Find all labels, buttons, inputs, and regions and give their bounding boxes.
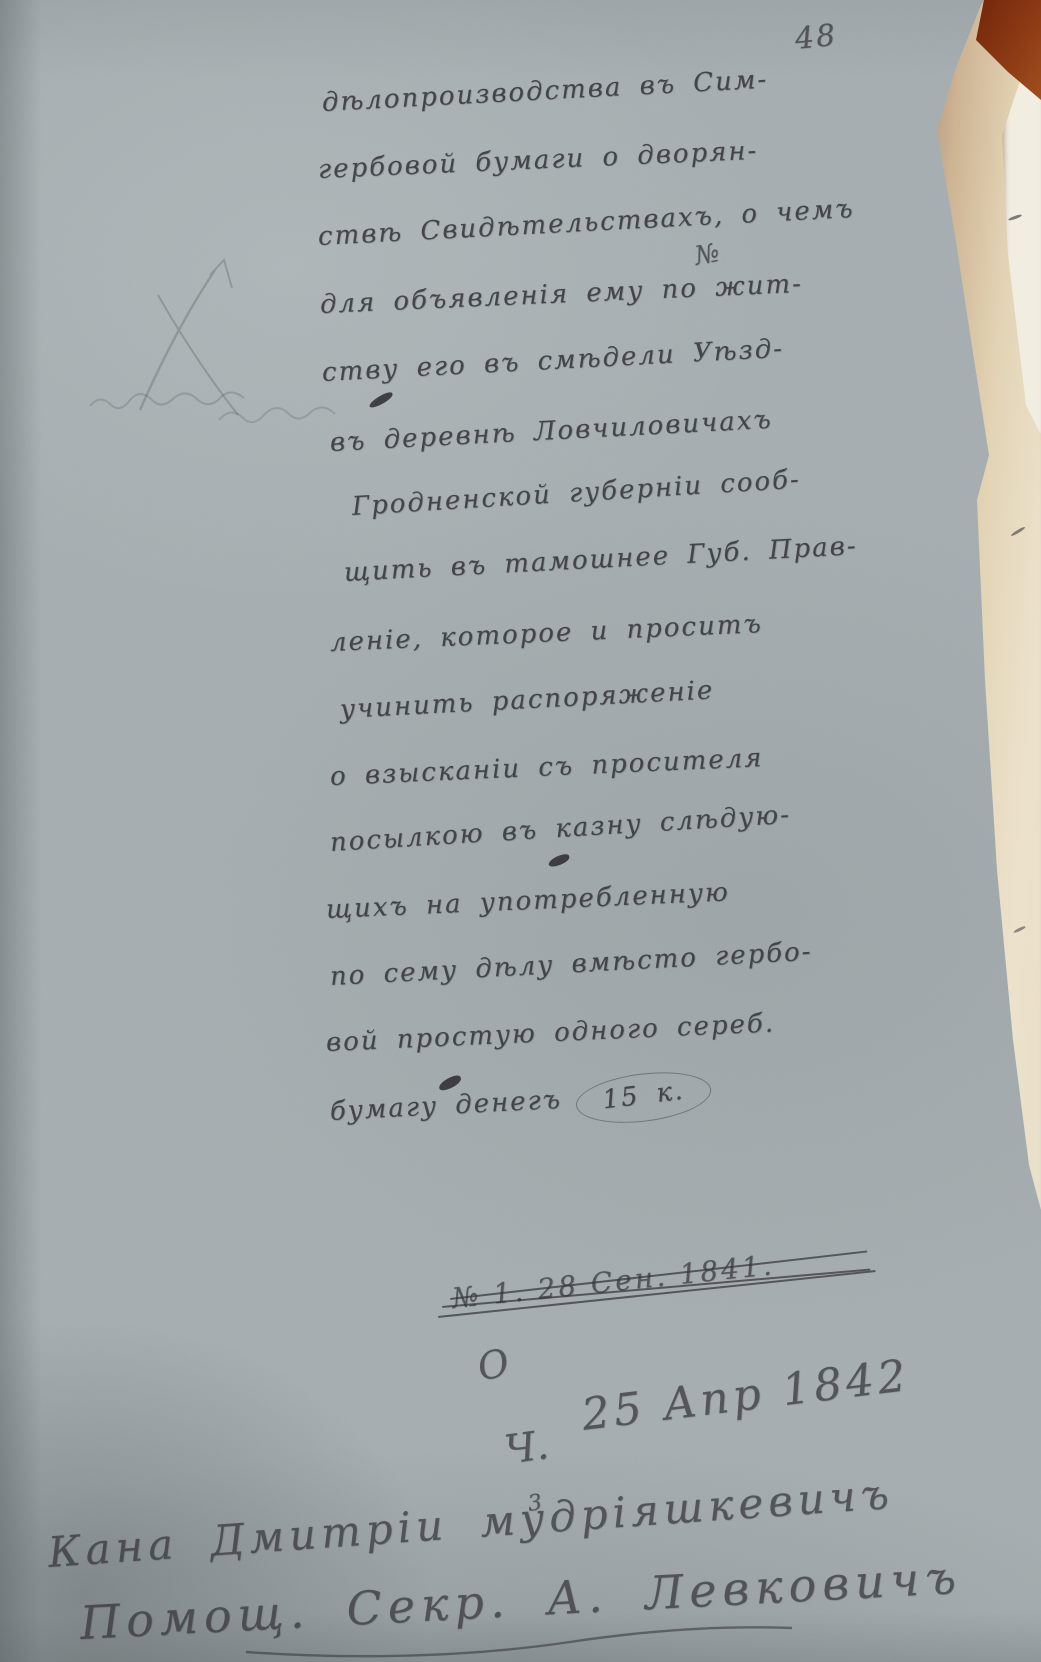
- signature-underline-swash: [240, 1612, 800, 1662]
- body-line: гербовой бумаги о дворян-: [317, 136, 758, 185]
- circled-amount: 15 к.: [573, 1065, 714, 1129]
- ink-flourish: [368, 390, 395, 409]
- amount-label: бумагу денегъ: [329, 1085, 563, 1127]
- body-line: щить въ тамошнее Губ. Прав-: [343, 531, 858, 588]
- body-line: ствѣ Свидѣтельствахъ, о чемъ: [317, 194, 855, 252]
- body-line: вой простую одного сереб.: [325, 1008, 775, 1058]
- body-line: по сему дѣлу вмѣсто гербо-: [329, 937, 813, 992]
- insertion-mark: №: [692, 238, 721, 272]
- body-line: для объявленія ему по жит-: [319, 269, 803, 320]
- body-line: учинить распоряженіе: [339, 675, 715, 725]
- body-line: леніе, которое и проситъ: [329, 609, 763, 658]
- manuscript-page: 48 дѣлопроизводства въ Сим- гербовой бум…: [0, 0, 1041, 1662]
- body-line: щихъ на употребленную: [325, 877, 730, 925]
- body-line: дѣлопроизводства въ Сим-: [321, 65, 769, 118]
- page-number: 48: [793, 18, 839, 57]
- body-line: посылкою въ казну слѣдую-: [329, 800, 792, 858]
- body-line: Гродненской губерніи сооб-: [351, 465, 801, 522]
- amount-line: бумагу денегъ15 к.: [329, 1070, 713, 1138]
- body-line: ству его въ смѣдели Уѣзд-: [321, 334, 784, 388]
- body-line: о взысканіи съ просителя: [329, 743, 764, 792]
- date-paraph: Ч.: [502, 1422, 552, 1474]
- ink-flourish: [547, 853, 571, 869]
- paraph-flourish: О: [473, 1340, 513, 1390]
- body-line: въ деревнѣ Ловчиловичахъ: [329, 405, 773, 458]
- date-text: 25 Апр 1842: [579, 1350, 913, 1441]
